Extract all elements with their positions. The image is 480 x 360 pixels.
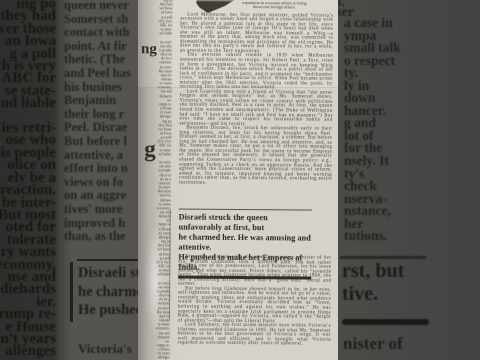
background-text-line: than, as the: [64, 230, 138, 244]
background-text-line: allenges: [0, 345, 56, 357]
newspaper-page-photo: ing pothey hadver thosean Iowag a pollch…: [138, 0, 338, 360]
background-text-line: Victoria's: [78, 341, 132, 357]
background-text-line: contact with: [64, 26, 138, 40]
background-text-line: Peel. Disrae: [64, 121, 138, 135]
background-text-line: effort into n: [64, 162, 138, 176]
background-text-line: tives' more: [64, 203, 138, 217]
article-column-upper: Lord Melbourne, her first prime minister…: [179, 13, 333, 187]
background-quote-line: rst, but: [342, 260, 472, 283]
body-paragraph: Victoria’s relations with the other grea…: [178, 256, 331, 289]
background-text-line: attentive, a: [64, 149, 138, 163]
background-text-line: their long r: [64, 108, 138, 122]
adjacent-headline-fragment: g: [144, 136, 156, 162]
background-column-rule: [70, 262, 73, 322]
background-mid-column: queen neverSomerset shcontact withpoint.…: [64, 0, 138, 244]
background-text-line: improved h: [64, 217, 138, 231]
background-quote-top-rule: [340, 256, 426, 259]
background-text-line: Benjamin: [64, 94, 138, 108]
background-column-fragments: a case inympasmall talko respectty.ly in…: [344, 17, 476, 243]
background-text-line: on an aggre: [64, 189, 138, 203]
background-quote-line: Disraeli st: [78, 264, 138, 283]
background-text-line: But before l: [64, 135, 138, 149]
letterboxed-video-frame: ing pothey hadver thosean Iowag a pollch…: [0, 0, 480, 360]
background-text-line: tutions.: [344, 230, 476, 243]
pull-quote-line: Disraeli struck the queen unfavorably at…: [179, 213, 312, 234]
article-column-lower: Victoria’s relations with the other grea…: [178, 256, 332, 348]
background-quote-top-rule: [77, 259, 138, 261]
background-text-line: o respect: [344, 55, 476, 68]
background-text-line: queen never: [64, 0, 138, 13]
body-paragraph: Lord Granville once told a friend of Vic…: [179, 90, 332, 128]
page-content: ing pothey hadver thosean Iowag a pollch…: [138, 0, 338, 360]
background-text-line: nister of: [343, 334, 403, 354]
background-quote-line: He pushed: [78, 301, 138, 320]
background-left: ing pothey hadver thosean Iowag a pollch…: [0, 0, 138, 360]
background-quote-line: he charme: [78, 283, 138, 302]
paragraph-tail: expansion in overseas affairs to bringdo…: [231, 0, 317, 10]
tiny-text-line: allenges: [138, 356, 170, 360]
background-right: s.ser a case inympasmall talko respectty…: [338, 0, 480, 360]
pull-quote-line: he charmed her. He was amusing and atten…: [178, 232, 311, 253]
background-text-line: point. At fir: [64, 40, 138, 54]
background-text-line: thetic. (The: [64, 53, 138, 67]
background-text-line: nd liable: [0, 97, 56, 109]
body-paragraph: Lord Melbourne, her first prime minister…: [180, 13, 333, 55]
background-text-line: Somerset sh: [64, 13, 138, 27]
background-quote-line: tive.: [342, 283, 472, 306]
body-paragraph: But before long Gladstone showed himself…: [178, 287, 331, 325]
background-pull-quote-fragment: rst, buttive.: [342, 260, 472, 305]
background-far-column: ing pothey hadver thosean Iowag a pollch…: [0, 0, 56, 358]
adjacent-headline-fragment: ng: [141, 41, 157, 58]
background-quote-bottom-rule: [342, 319, 429, 325]
background-text-line: his busines: [64, 81, 138, 95]
background-text-line: nstance,: [344, 205, 476, 218]
background-pull-quote-fragment: Disraeli sthe charmeHe pushed: [78, 264, 138, 320]
text-line: down one foreign affairs.: [231, 5, 317, 11]
body-paragraph: Lord Salisbury, the first prime minister…: [178, 324, 331, 348]
body-paragraph: This aversion caused trouble in 1839 whe…: [180, 54, 333, 92]
background-text-line: views on fo: [64, 176, 138, 190]
pull-quote-top-rule: [179, 209, 312, 211]
background-text-line: and Peel has: [64, 67, 138, 81]
body-paragraph: Benjamin Disraeli, too, struck her unfav…: [179, 127, 332, 187]
